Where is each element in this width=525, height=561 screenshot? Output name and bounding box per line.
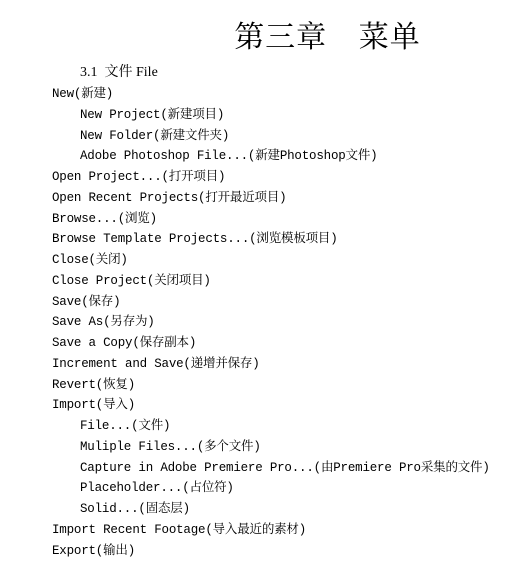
menu-item-import-file: File...(文件) [0, 416, 490, 437]
menu-item-increment-and-save: Increment and Save(递增并保存) [0, 354, 490, 375]
chapter-title: 第三章 菜单 [0, 18, 525, 58]
menu-item-list: New(新建) New Project(新建项目) New Folder(新建文… [0, 84, 490, 561]
menu-item-solid: Solid...(固态层) [0, 499, 490, 520]
menu-item-save-a-copy: Save a Copy(保存副本) [0, 333, 490, 354]
menu-item-close: Close(关闭) [0, 250, 490, 271]
menu-item-placeholder: Placeholder...(占位符) [0, 478, 490, 499]
menu-item-import-recent-footage: Import Recent Footage(导入最近的素材) [0, 520, 490, 541]
menu-item-new-project: New Project(新建项目) [0, 105, 490, 126]
menu-item-browse-template-projects: Browse Template Projects...(浏览模板项目) [0, 229, 490, 250]
menu-item-open-project: Open Project...(打开项目) [0, 167, 490, 188]
menu-item-open-recent-projects: Open Recent Projects(打开最近项目) [0, 188, 490, 209]
menu-item-new: New(新建) [0, 84, 490, 105]
menu-item-new-folder: New Folder(新建文件夹) [0, 126, 490, 147]
menu-item-save-as: Save As(另存为) [0, 312, 490, 333]
menu-item-adobe-photoshop-file: Adobe Photoshop File...(新建Photoshop文件) [0, 146, 490, 167]
menu-item-multiple-files: Muliple Files...(多个文件) [0, 437, 490, 458]
menu-item-export: Export(输出) [0, 541, 490, 561]
menu-item-browse: Browse...(浏览) [0, 209, 490, 230]
menu-item-revert: Revert(恢复) [0, 375, 490, 396]
section-title: 3.1 文件 File [80, 64, 158, 82]
menu-item-capture-premiere: Capture in Adobe Premiere Pro...(由Premie… [0, 458, 490, 479]
menu-item-close-project: Close Project(关闭项目) [0, 271, 490, 292]
menu-item-import: Import(导入) [0, 395, 490, 416]
menu-item-save: Save(保存) [0, 292, 490, 313]
